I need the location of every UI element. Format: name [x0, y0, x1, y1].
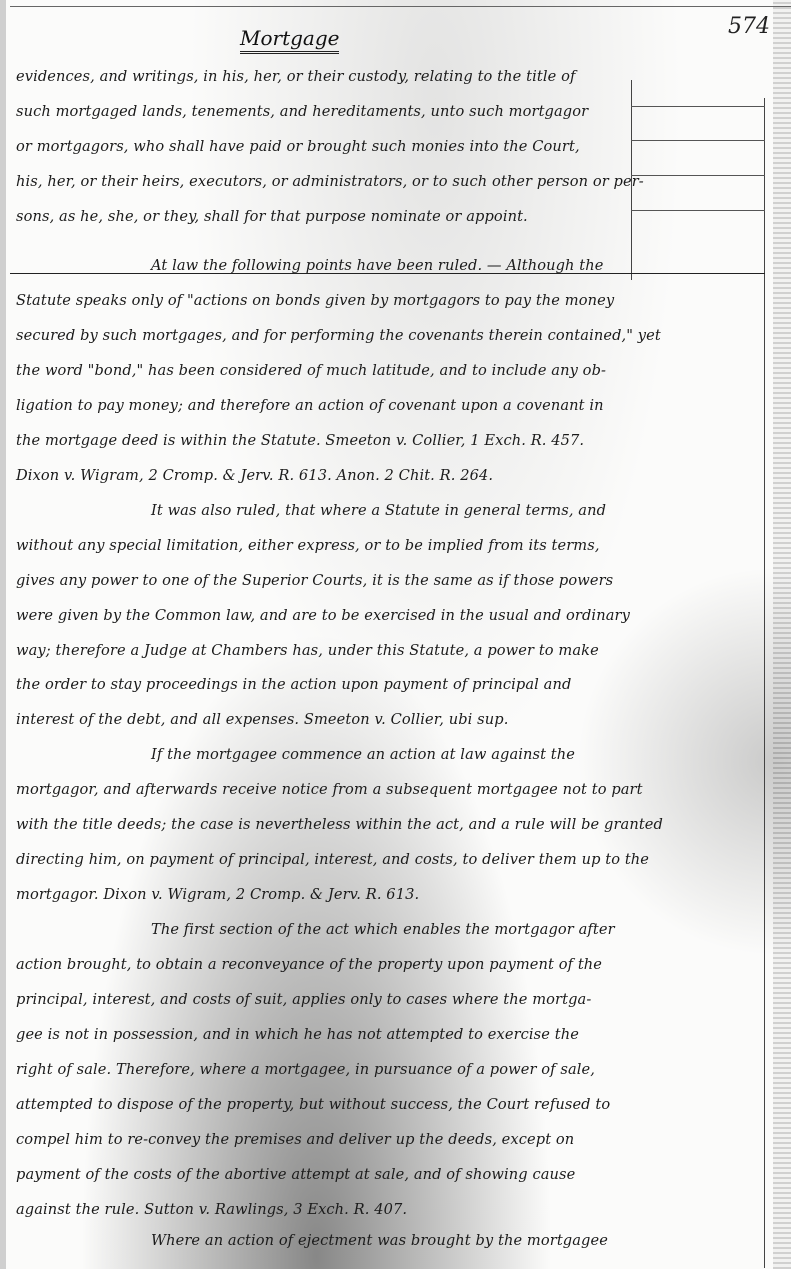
- text-line: against the rule. Sutton v. Rawlings, 3 …: [16, 1201, 407, 1218]
- text-line: At law the following points have been ru…: [16, 257, 604, 274]
- scan-right-edge: [773, 0, 791, 1269]
- text-line: with the title deeds; the case is nevert…: [16, 816, 663, 833]
- text-line: the word "bond," has been considered of …: [16, 362, 606, 379]
- margin-rule-horizontal: [631, 175, 765, 176]
- text-line: the order to stay proceedings in the act…: [16, 676, 571, 693]
- text-line: were given by the Common law, and are to…: [16, 607, 630, 624]
- text-line: Where an action of ejectment was brought…: [16, 1232, 608, 1249]
- margin-rule-horizontal: [631, 210, 765, 211]
- text-line: compel him to re-convey the premises and…: [16, 1131, 574, 1148]
- text-line: evidences, and writings, in his, her, or…: [16, 68, 575, 85]
- text-line: Statute speaks only of "actions on bonds…: [16, 292, 614, 309]
- text-line: sons, as he, she, or they, shall for tha…: [16, 208, 528, 225]
- text-line: action brought, to obtain a reconveyance…: [16, 956, 602, 973]
- margin-rule-horizontal: [631, 106, 765, 107]
- text-line: interest of the debt, and all expenses. …: [16, 711, 508, 728]
- text-line: mortgagor, and afterwards receive notice…: [16, 781, 643, 798]
- text-line: The first section of the act which enabl…: [16, 921, 615, 938]
- text-line: secured by such mortgages, and for perfo…: [16, 327, 661, 344]
- scan-left-edge: [0, 0, 6, 1269]
- margin-rule-horizontal: [631, 140, 765, 141]
- document-page: 574 Mortgage evidences, and writings, in…: [0, 0, 791, 1269]
- text-line: his, her, or their heirs, executors, or …: [16, 173, 644, 190]
- top-rule: [10, 6, 791, 7]
- text-line: the mortgage deed is within the Statute.…: [16, 432, 584, 449]
- text-line: Dixon v. Wigram, 2 Cromp. & Jerv. R. 613…: [16, 467, 493, 484]
- text-line: If the mortgagee commence an action at l…: [16, 746, 575, 763]
- text-line: attempted to dispose of the property, bu…: [16, 1096, 610, 1113]
- text-line: payment of the costs of the abortive att…: [16, 1166, 575, 1183]
- page-number: 574: [728, 14, 770, 39]
- text-line: without any special limitation, either e…: [16, 537, 600, 554]
- text-line: gives any power to one of the Superior C…: [16, 572, 613, 589]
- text-line: or mortgagors, who shall have paid or br…: [16, 138, 580, 155]
- text-line: principal, interest, and costs of suit, …: [16, 991, 591, 1008]
- text-line: way; therefore a Judge at Chambers has, …: [16, 642, 599, 659]
- text-line: such mortgaged lands, tenements, and her…: [16, 103, 588, 120]
- text-line: ligation to pay money; and therefore an …: [16, 397, 604, 414]
- page-heading: Mortgage: [240, 26, 339, 54]
- text-line: It was also ruled, that where a Statute …: [16, 502, 606, 519]
- text-line: mortgagor. Dixon v. Wigram, 2 Cromp. & J…: [16, 886, 419, 903]
- text-line: directing him, on payment of principal, …: [16, 851, 649, 868]
- text-line: gee is not in possession, and in which h…: [16, 1026, 579, 1043]
- text-line: right of sale. Therefore, where a mortga…: [16, 1061, 595, 1078]
